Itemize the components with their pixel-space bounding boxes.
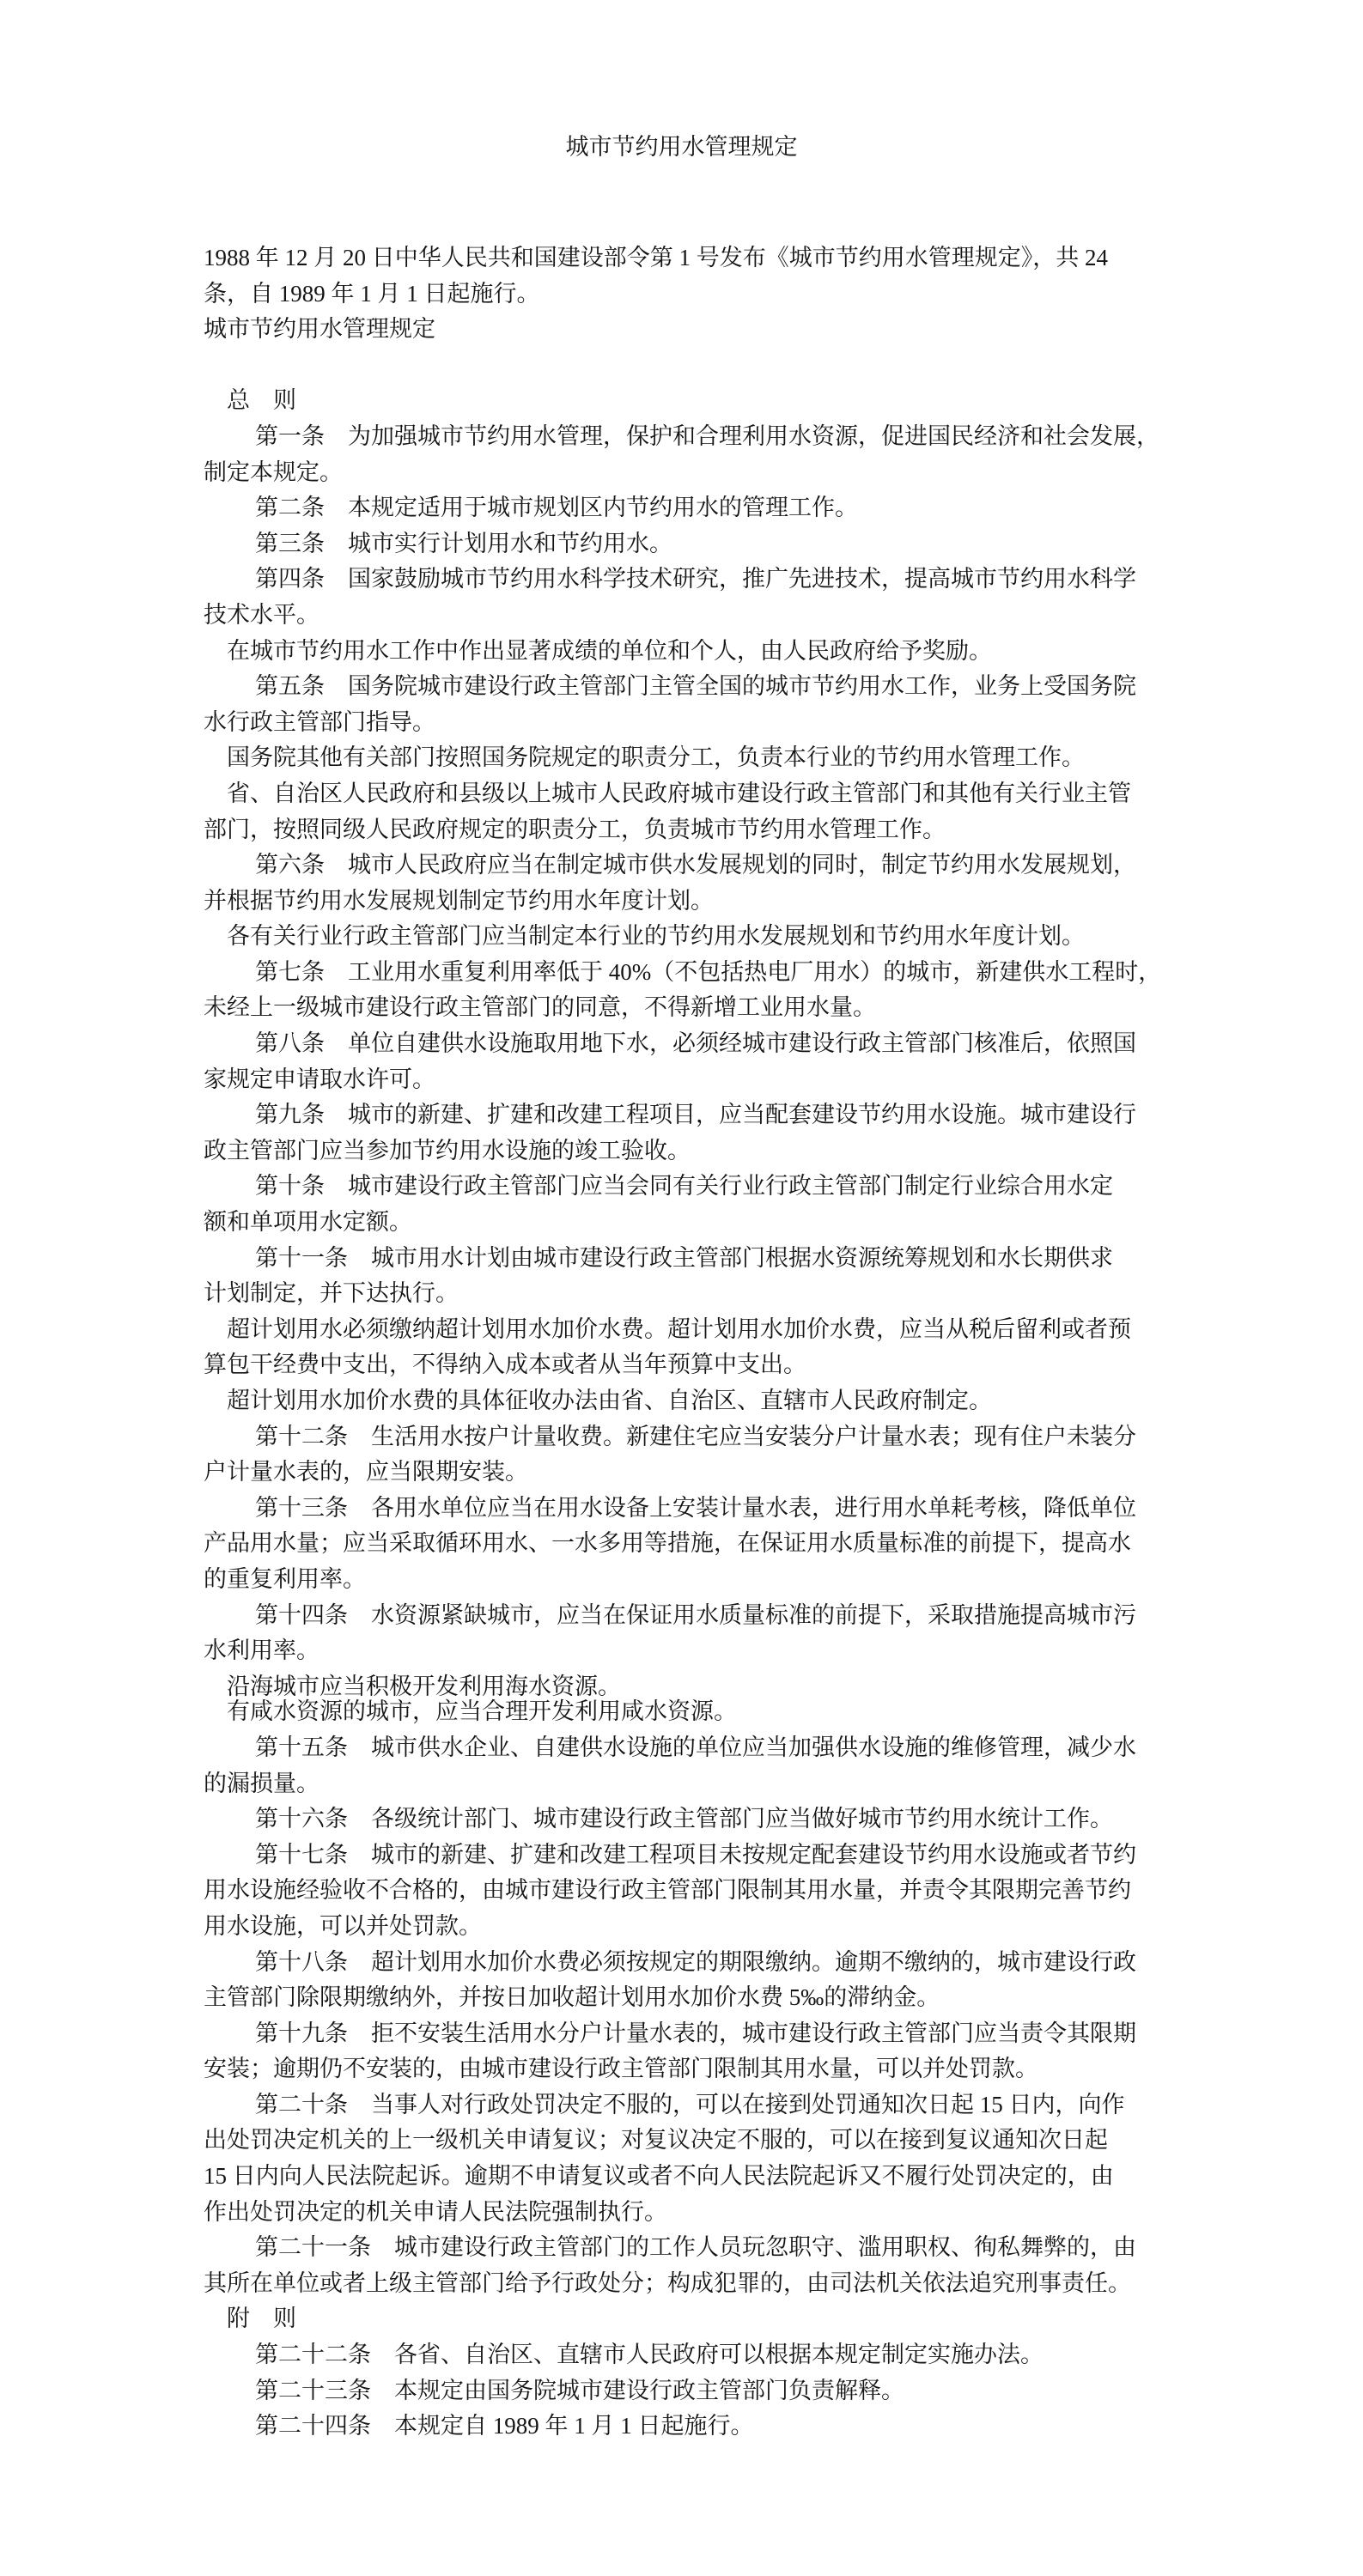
text-line: 水行政主管部门指导。 (204, 705, 1167, 741)
text-line: 有咸水资源的城市，应当合理开发利用咸水资源。 (204, 1694, 1167, 1730)
text-line: 的重复利用率。 (204, 1562, 1167, 1598)
text-line: 户计量水表的，应当限期安装。 (204, 1455, 1167, 1491)
text-line (204, 348, 1167, 384)
text-line: 技术水平。 (204, 598, 1167, 634)
text-line: 算包干经费中支出，不得纳入成本或者从当年预算中支出。 (204, 1347, 1167, 1383)
text-line: 超计划用水加价水费的具体征收办法由省、自治区、直辖市人民政府制定。 (204, 1383, 1167, 1419)
text-line: 城市节约用水管理规定 (204, 312, 1167, 348)
text-line: 其所在单位或者上级主管部门给予行政处分；构成犯罪的，由司法机关依法追究刑事责任。 (204, 2266, 1167, 2302)
text-line: 第十二条 生活用水按户计量收费。新建住宅应当安装分户计量水表；现有住户未装分 (204, 1419, 1167, 1455)
text-line: 第五条 国务院城市建设行政主管部门主管全国的城市节约用水工作，业务上受国务院 (204, 669, 1167, 705)
text-line: 15 日内向人民法院起诉。逾期不申请复议或者不向人民法院起诉又不履行处罚决定的，… (204, 2159, 1167, 2195)
text-line: 政主管部门应当参加节约用水设施的竣工验收。 (204, 1133, 1167, 1170)
text-line: 附 则 (204, 2301, 1167, 2337)
text-line: 第七条 工业用水重复利用率低于 40%（不包括热电厂用水）的城市，新建供水工程时… (204, 955, 1167, 991)
text-line: 第十三条 各用水单位应当在用水设备上安装计量水表，进行用水单耗考核，降低单位 (204, 1491, 1167, 1527)
text-line: 第十六条 各级统计部门、城市建设行政主管部门应当做好城市节约用水统计工作。 (204, 1801, 1167, 1838)
text-line: 制定本规定。 (204, 455, 1167, 491)
text-line: 第四条 国家鼓励城市节约用水科学技术研究，推广先进技术，提高城市节约用水科学 (204, 562, 1167, 598)
text-line: 第十九条 拒不安装生活用水分户计量水表的，城市建设行政主管部门应当责令其限期 (204, 2016, 1167, 2052)
text-line: 计划制定，并下达执行。 (204, 1276, 1167, 1312)
text-line: 1988 年 12 月 20 日中华人民共和国建设部令第 1 号发布《城市节约用… (204, 240, 1167, 276)
text-line: 超计划用水必须缴纳超计划用水加价水费。超计划用水加价水费，应当从税后留利或者预 (204, 1312, 1167, 1348)
text-line: 第十五条 城市供水企业、自建供水设施的单位应当加强供水设施的维修管理，减少水 (204, 1730, 1167, 1766)
text-line: 第一条 为加强城市节约用水管理，保护和合理利用水资源，促进国民经济和社会发展， (204, 419, 1167, 455)
text-line: 第二十三条 本规定由国务院城市建设行政主管部门负责解释。 (204, 2373, 1167, 2409)
text-line: 第十条 城市建设行政主管部门应当会同有关行业行政主管部门制定行业综合用水定 (204, 1169, 1167, 1205)
text-line: 第二条 本规定适用于城市规划区内节约用水的管理工作。 (204, 490, 1167, 526)
text-line: 作出处罚决定的机关申请人民法院强制执行。 (204, 2195, 1167, 2231)
text-line: 未经上一级城市建设行政主管部门的同意，不得新增工业用水量。 (204, 990, 1167, 1026)
text-line: 产品用水量；应当采取循环用水、一水多用等措施，在保证用水质量标准的前提下，提高水 (204, 1526, 1167, 1562)
text-line: 第三条 城市实行计划用水和节约用水。 (204, 526, 1167, 562)
text-line: 第六条 城市人民政府应当在制定城市供水发展规划的同时，制定节约用水发展规划， (204, 848, 1167, 884)
text-line: 各有关行业行政主管部门应当制定本行业的节约用水发展规划和节约用水年度计划。 (204, 919, 1167, 955)
text-line: 第十八条 超计划用水加价水费必须按规定的期限缴纳。逾期不缴纳的，城市建设行政 (204, 1945, 1167, 1981)
text-line: 第十一条 城市用水计划由城市建设行政主管部门根据水资源统筹规划和水长期供求 (204, 1241, 1167, 1277)
text-line: 部门，按照同级人民政府规定的职责分工，负责城市节约用水管理工作。 (204, 812, 1167, 848)
text-line: 在城市节约用水工作中作出显著成绩的单位和个人，由人民政府给予奖励。 (204, 634, 1167, 670)
text-line: 用水设施，可以并处罚款。 (204, 1909, 1167, 1945)
text-line: 额和单项用水定额。 (204, 1205, 1167, 1241)
text-line: 水利用率。 (204, 1633, 1167, 1669)
text-line: 省、自治区人民政府和县级以上城市人民政府城市建设行政主管部门和其他有关行业主管 (204, 776, 1167, 812)
text-line: 条，自 1989 年 1 月 1 日起施行。 (204, 276, 1167, 313)
text-line: 家规定申请取水许可。 (204, 1062, 1167, 1098)
text-line: 第十七条 城市的新建、扩建和改建工程项目未按规定配套建设节约用水设施或者节约 (204, 1838, 1167, 1874)
text-line: 国务院其他有关部门按照国务院规定的职责分工，负责本行业的节约用水管理工作。 (204, 740, 1167, 776)
document-body: 1988 年 12 月 20 日中华人民共和国建设部令第 1 号发布《城市节约用… (204, 240, 1167, 2445)
text-line: 第二十条 当事人对行政处罚决定不服的，可以在接到处罚通知次日起 15 日内，向作 (204, 2087, 1167, 2123)
document-title: 城市节约用水管理规定 (0, 129, 1363, 165)
text-line: 的漏损量。 (204, 1766, 1167, 1802)
text-line: 总 则 (204, 383, 1167, 419)
text-line: 安装；逾期仍不安装的，由城市建设行政主管部门限制其用水量，可以并处罚款。 (204, 2051, 1167, 2087)
text-line: 第八条 单位自建供水设施取用地下水，必须经城市建设行政主管部门核准后，依照国 (204, 1026, 1167, 1062)
text-line: 用水设施经验收不合格的，由城市建设行政主管部门限制其用水量，并责令其限期完善节约 (204, 1873, 1167, 1909)
text-line: 第二十四条 本规定自 1989 年 1 月 1 日起施行。 (204, 2409, 1167, 2445)
text-line: 第二十一条 城市建设行政主管部门的工作人员玩忽职守、滥用职权、徇私舞弊的，由 (204, 2230, 1167, 2266)
text-line: 第九条 城市的新建、扩建和改建工程项目，应当配套建设节约用水设施。城市建设行 (204, 1097, 1167, 1133)
text-line: 主管部门除限期缴纳外，并按日加收超计划用水加价水费 5‰的滞纳金。 (204, 1980, 1167, 2016)
text-line: 第二十二条 各省、自治区、直辖市人民政府可以根据本规定制定实施办法。 (204, 2337, 1167, 2373)
text-line: 并根据节约用水发展规划制定节约用水年度计划。 (204, 884, 1167, 920)
text-line: 出处罚决定机关的上一级机关申请复议；对复议决定不服的，可以在接到复议通知次日起 (204, 2123, 1167, 2159)
document-page: 城市节约用水管理规定 1988 年 12 月 20 日中华人民共和国建设部令第 … (0, 0, 1363, 2576)
text-line: 第十四条 水资源紧缺城市，应当在保证用水质量标准的前提下，采取措施提高城市污 (204, 1598, 1167, 1634)
